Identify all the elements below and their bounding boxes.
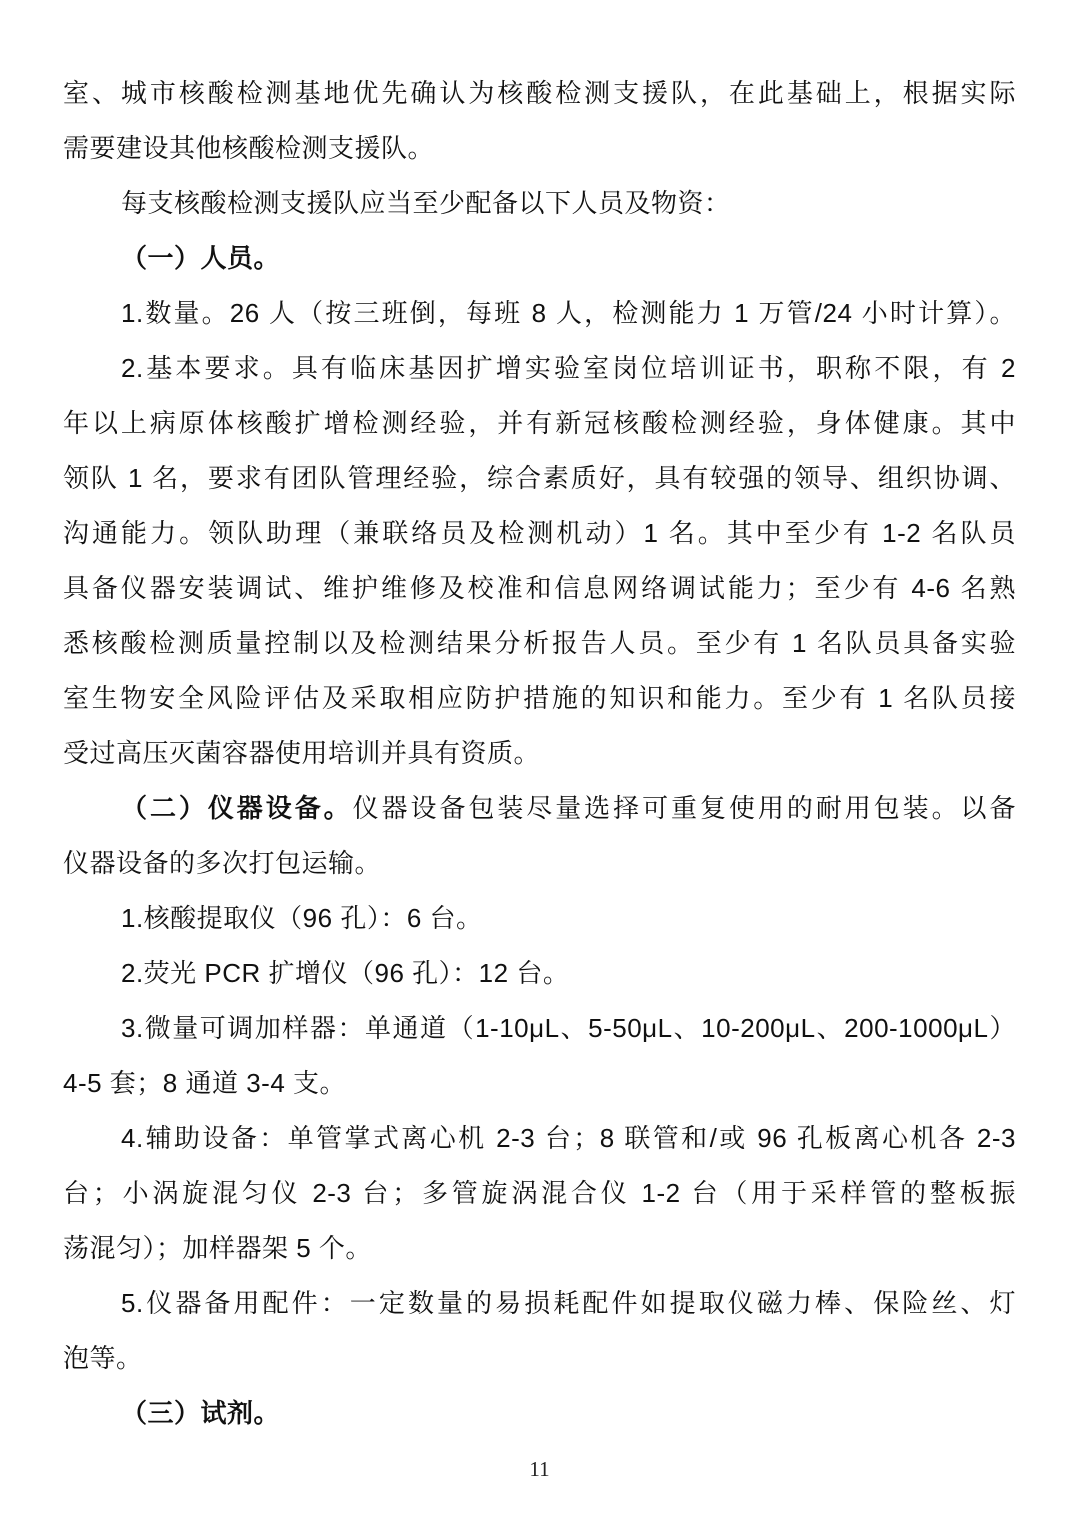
text-line: 年以上病原体核酸扩增检测经验，并有新冠核酸检测经验，身体健康。其中 xyxy=(63,396,1016,451)
text-line: 4.辅助设备：单管掌式离心机 2-3 台；8 联管和/或 96 孔板离心机各 2… xyxy=(63,1111,1016,1166)
text-line: 台；小涡旋混匀仪 2-3 台；多管旋涡混合仪 1-2 台（用于采样管的整板振 xyxy=(63,1166,1016,1221)
line-text: 沟通能力。领队助理（兼联络员及检测机动）1 名。其中至少有 1-2 名队员 xyxy=(63,518,1016,548)
text-line: 沟通能力。领队助理（兼联络员及检测机动）1 名。其中至少有 1-2 名队员 xyxy=(63,506,1016,561)
line-text: 需要建设其他核酸检测支援队。 xyxy=(63,133,434,163)
line-text: 2.基本要求。具有临床基因扩增实验室岗位培训证书，职称不限，有 2 xyxy=(121,353,1016,383)
text-line: 室生物安全风险评估及采取相应防护措施的知识和能力。至少有 1 名队员接 xyxy=(63,671,1016,726)
heading-text: （二）仪器设备。 xyxy=(121,793,353,823)
text-line: 室、城市核酸检测基地优先确认为核酸检测支援队，在此基础上，根据实际 xyxy=(63,66,1016,121)
line-text: 4.辅助设备：单管掌式离心机 2-3 台；8 联管和/或 96 孔板离心机各 2… xyxy=(121,1123,1016,1153)
line-text: 悉核酸检测质量控制以及检测结果分析报告人员。至少有 1 名队员具备实验 xyxy=(63,628,1016,658)
text-line: 需要建设其他核酸检测支援队。 xyxy=(63,121,1016,176)
text-line: 1.数量。26 人（按三班倒，每班 8 人，检测能力 1 万管/24 小时计算）… xyxy=(63,286,1016,341)
line-text: 年以上病原体核酸扩增检测经验，并有新冠核酸检测经验，身体健康。其中 xyxy=(63,408,1016,438)
text-line: 4-5 套；8 通道 3-4 支。 xyxy=(63,1056,1016,1111)
line-text: 台；小涡旋混匀仪 2-3 台；多管旋涡混合仪 1-2 台（用于采样管的整板振 xyxy=(63,1178,1016,1208)
text-line: 领队 1 名，要求有团队管理经验，综合素质好，具有较强的领导、组织协调、 xyxy=(63,451,1016,506)
text-line: 每支核酸检测支援队应当至少配备以下人员及物资： xyxy=(63,176,1016,231)
line-text: 1.核酸提取仪（96 孔）：6 台。 xyxy=(121,903,483,933)
heading-equipment: （二）仪器设备。仪器设备包装尽量选择可重复使用的耐用包装。以备 xyxy=(63,781,1016,836)
line-text: 室生物安全风险评估及采取相应防护措施的知识和能力。至少有 1 名队员接 xyxy=(63,683,1016,713)
line-text: 1.数量。26 人（按三班倒，每班 8 人，检测能力 1 万管/24 小时计算）… xyxy=(121,298,1016,328)
text-line: 受过高压灭菌容器使用培训并具有资质。 xyxy=(63,726,1016,781)
line-text: 泡等。 xyxy=(63,1343,143,1373)
text-line: 具备仪器安装调试、维护维修及校准和信息网络调试能力；至少有 4-6 名熟 xyxy=(63,561,1016,616)
text-line: 泡等。 xyxy=(63,1331,1016,1386)
text-line: 悉核酸检测质量控制以及检测结果分析报告人员。至少有 1 名队员具备实验 xyxy=(63,616,1016,671)
document-body: 室、城市核酸检测基地优先确认为核酸检测支援队，在此基础上，根据实际 需要建设其他… xyxy=(63,66,1016,1441)
line-text: 领队 1 名，要求有团队管理经验，综合素质好，具有较强的领导、组织协调、 xyxy=(63,463,1016,493)
line-text: 具备仪器安装调试、维护维修及校准和信息网络调试能力；至少有 4-6 名熟 xyxy=(63,573,1016,603)
line-text: 2.荧光 PCR 扩增仪（96 孔）：12 台。 xyxy=(121,958,569,988)
document-page: 室、城市核酸检测基地优先确认为核酸检测支援队，在此基础上，根据实际 需要建设其他… xyxy=(0,0,1080,1527)
line-text: 4-5 套；8 通道 3-4 支。 xyxy=(63,1068,346,1098)
text-line: 仪器设备的多次打包运输。 xyxy=(63,836,1016,891)
text-line: 3.微量可调加样器：单通道（1-10μL、5-50μL、10-200μL、200… xyxy=(63,1001,1016,1056)
heading-reagents: （三）试剂。 xyxy=(63,1386,1016,1441)
line-text: 3.微量可调加样器：单通道（1-10μL、5-50μL、10-200μL、200… xyxy=(121,1013,1016,1043)
line-text: 仪器设备的多次打包运输。 xyxy=(63,848,381,878)
line-text: 受过高压灭菌容器使用培训并具有资质。 xyxy=(63,738,540,768)
line-text: 荡混匀）；加样器架 5 个。 xyxy=(63,1233,372,1263)
line-text: 5.仪器备用配件：一定数量的易损耗配件如提取仪磁力棒、保险丝、灯 xyxy=(121,1288,1016,1318)
line-text: 每支核酸检测支援队应当至少配备以下人员及物资： xyxy=(121,188,731,218)
line-text: 仪器设备包装尽量选择可重复使用的耐用包装。以备 xyxy=(353,793,1016,823)
text-line: 2.荧光 PCR 扩增仪（96 孔）：12 台。 xyxy=(63,946,1016,1001)
line-text: 室、城市核酸检测基地优先确认为核酸检测支援队，在此基础上，根据实际 xyxy=(63,78,1016,108)
heading-text: （一）人员。 xyxy=(121,243,280,273)
text-line: 2.基本要求。具有临床基因扩增实验室岗位培训证书，职称不限，有 2 xyxy=(63,341,1016,396)
page-number: 11 xyxy=(63,1457,1016,1482)
text-line: 5.仪器备用配件：一定数量的易损耗配件如提取仪磁力棒、保险丝、灯 xyxy=(63,1276,1016,1331)
text-line: 荡混匀）；加样器架 5 个。 xyxy=(63,1221,1016,1276)
text-line: 1.核酸提取仪（96 孔）：6 台。 xyxy=(63,891,1016,946)
heading-text: （三）试剂。 xyxy=(121,1398,280,1428)
heading-personnel: （一）人员。 xyxy=(63,231,1016,286)
